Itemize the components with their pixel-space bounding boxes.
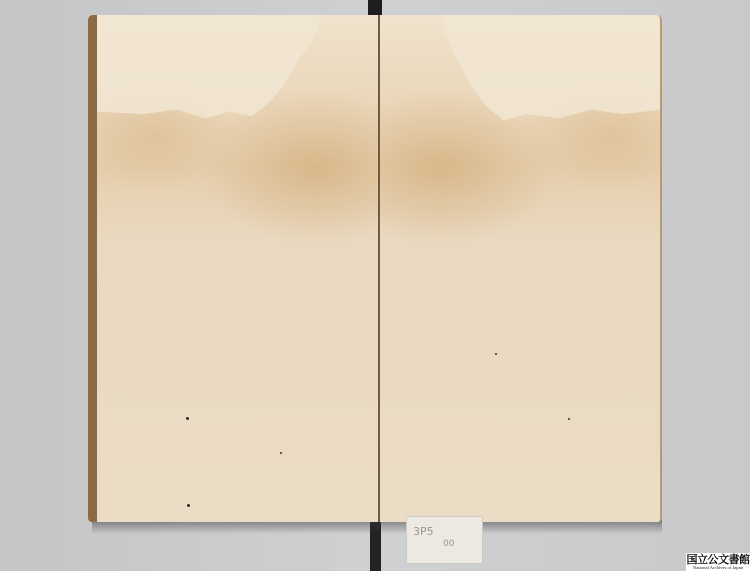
open-book: [88, 15, 662, 524]
right-page-unstained-area: [430, 15, 660, 125]
archive-watermark: 国立公文書館 National Archives of Japan: [686, 553, 750, 571]
watermark-english: National Archives of Japan: [686, 566, 750, 571]
call-number-line-2: 00: [443, 538, 476, 551]
call-number-tag: 3P5 00: [406, 516, 483, 564]
left-page-unstained-area: [97, 15, 332, 125]
watermark-japanese: 国立公文書館: [686, 553, 750, 565]
ink-speck: [495, 353, 497, 355]
binder-clip: [368, 0, 382, 16]
call-number-line-1: 3P5: [413, 525, 476, 538]
ink-speck: [568, 418, 570, 420]
ink-speck: [186, 417, 189, 420]
left-page: [88, 15, 378, 522]
right-page: [380, 15, 662, 522]
ink-speck: [187, 504, 190, 507]
ink-speck: [280, 452, 282, 454]
